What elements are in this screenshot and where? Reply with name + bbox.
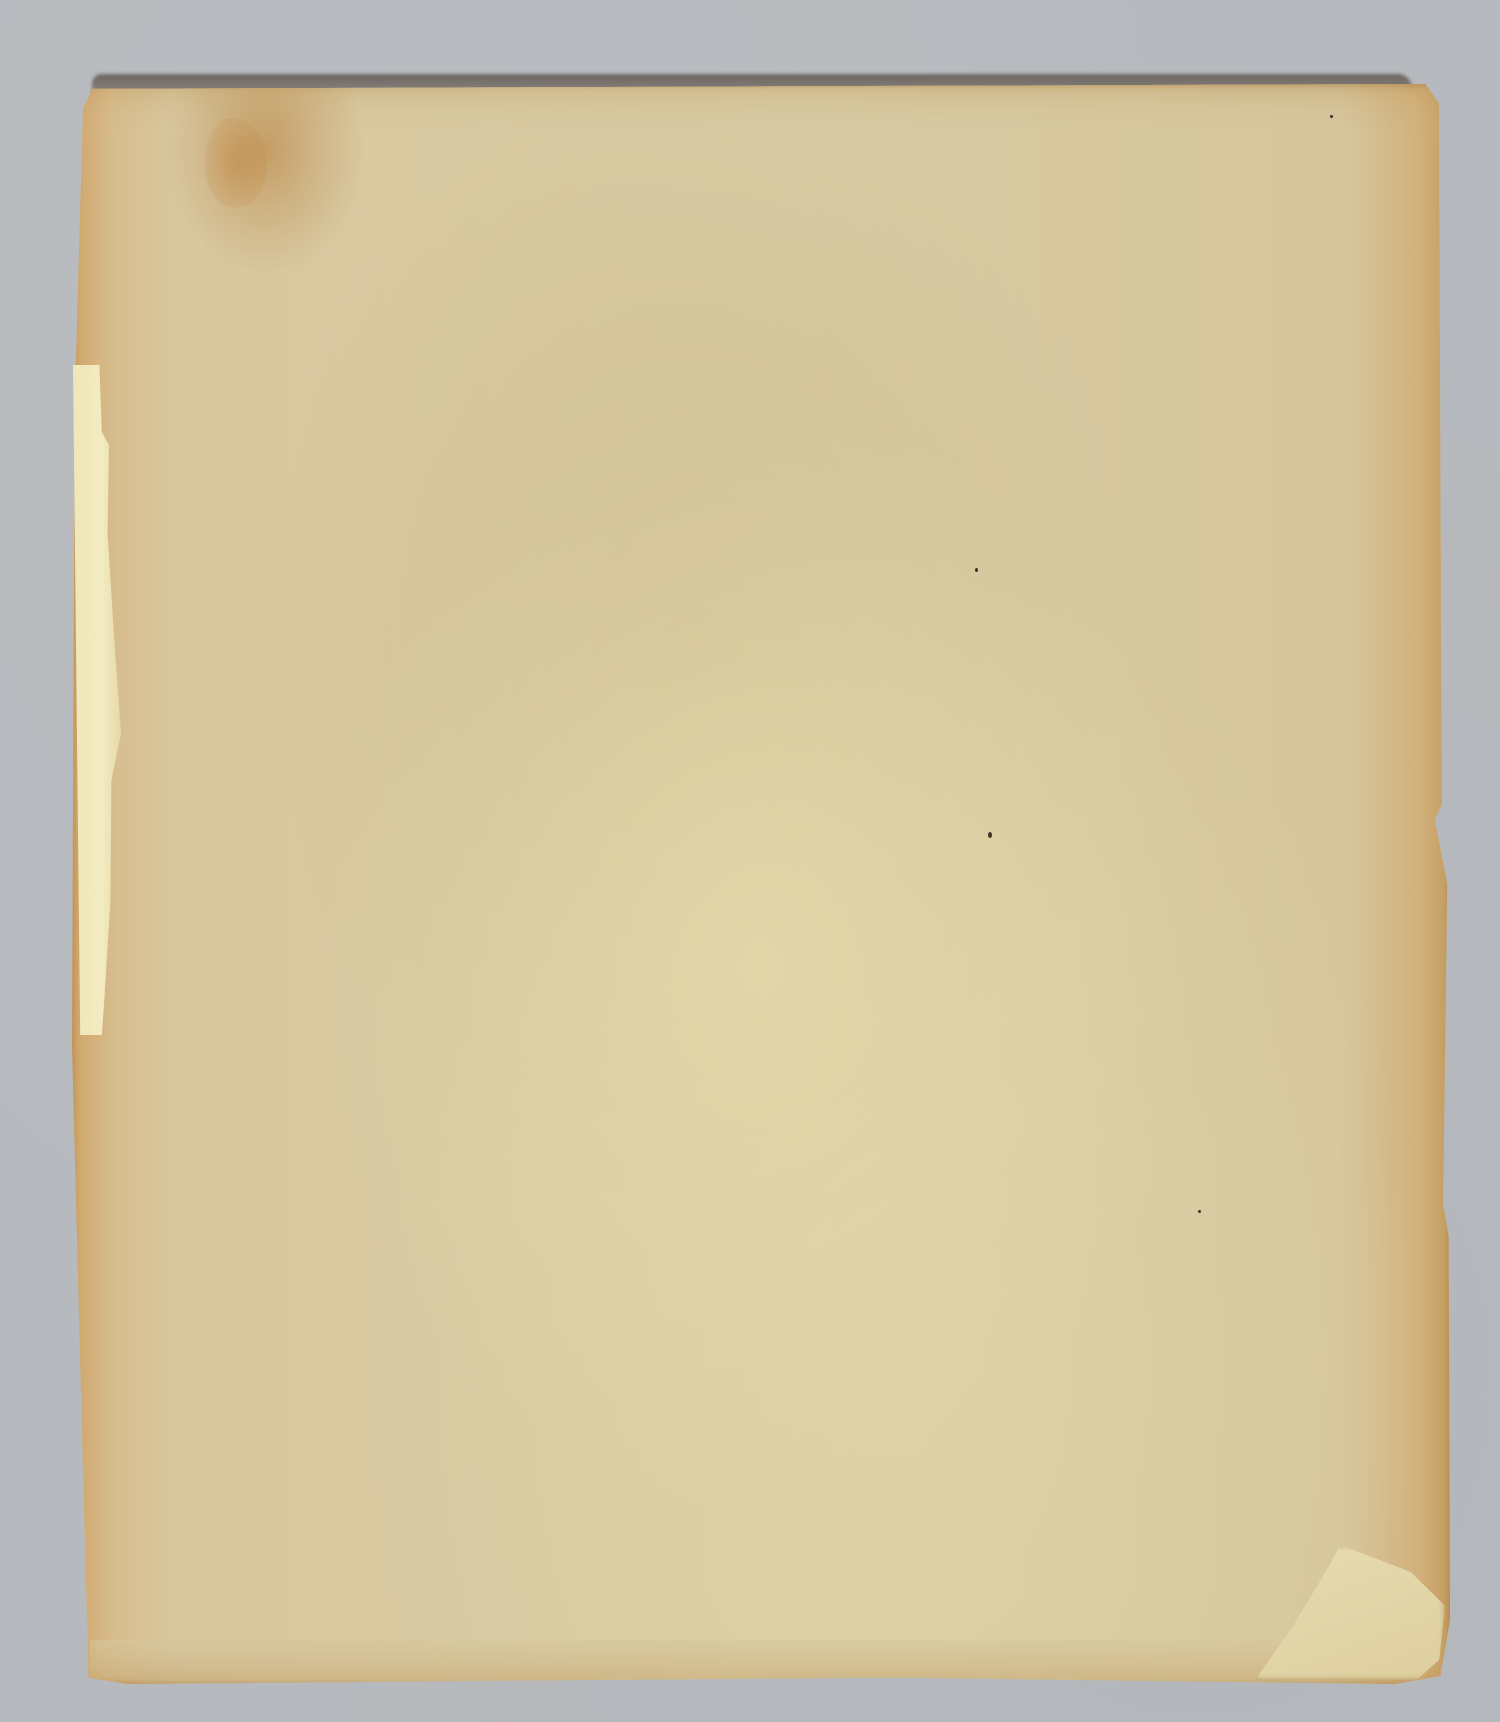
paper-speck: [1330, 115, 1333, 118]
water-stain: [205, 118, 267, 208]
booklet-cover: [72, 84, 1450, 1684]
paper-speck: [988, 832, 992, 838]
paper-speck: [1198, 1210, 1201, 1213]
booklet-bottom-edge: [90, 1640, 1420, 1678]
paper-speck: [975, 568, 978, 572]
